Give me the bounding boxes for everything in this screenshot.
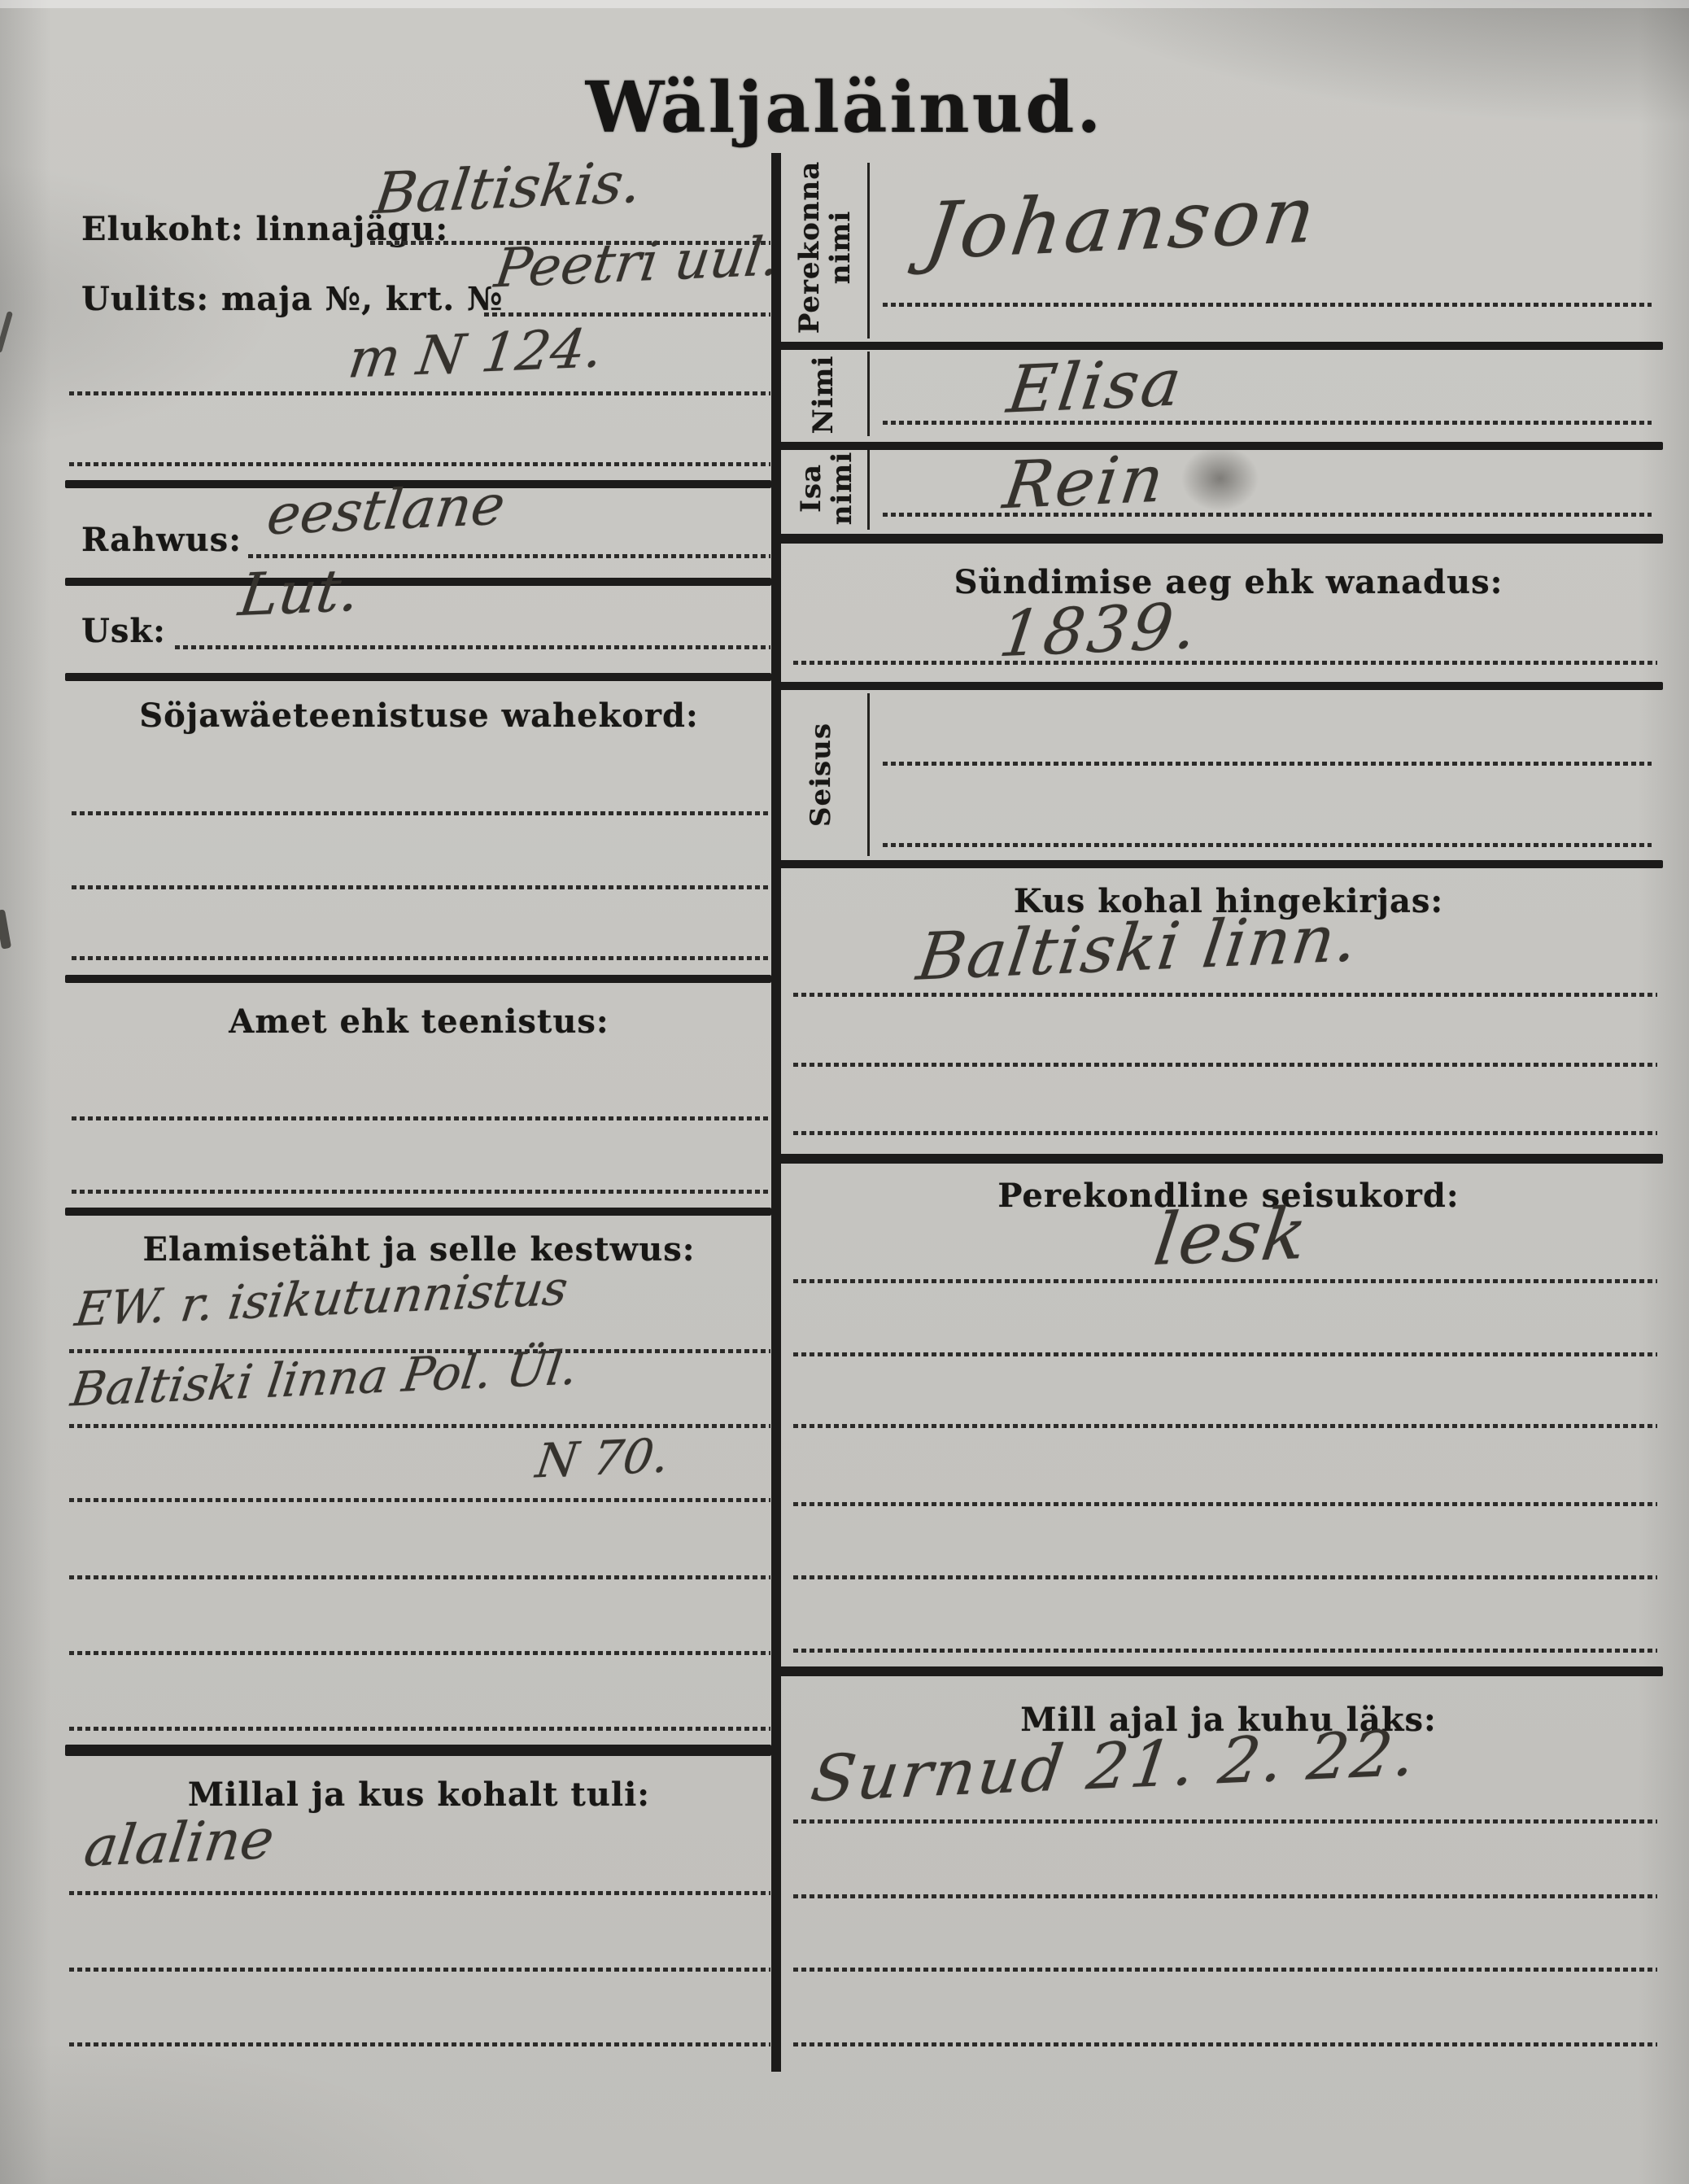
- occupation-label: Amet ehk teenistus:: [69, 1002, 769, 1041]
- residence-permit-line3-handwriting: N 70.: [533, 1428, 673, 1489]
- dotted-rule: [793, 1968, 1657, 1972]
- residence-value-handwriting: Baltiskis.: [370, 149, 645, 227]
- religion-value-handwriting: Lut.: [235, 556, 364, 629]
- rule-line: [779, 442, 1663, 450]
- rule-line: [779, 1666, 1663, 1676]
- street-label: Uulits: maja №, krt. №: [81, 280, 504, 318]
- dotted-rule: [72, 811, 768, 815]
- marital-status-value-handwriting: lesk: [1150, 1191, 1314, 1282]
- arrival-label: Millal ja kus kohalt tuli:: [69, 1776, 769, 1814]
- dotted-rule: [793, 1502, 1657, 1506]
- father-name-label: Isa nimi: [796, 435, 858, 541]
- rule-line: [779, 534, 1663, 544]
- rule-line: [779, 1154, 1663, 1164]
- dotted-rule: [793, 1575, 1657, 1579]
- dotted-rule: [883, 421, 1652, 425]
- page-title: Wäljaläinud.: [0, 67, 1689, 149]
- rule-line: [779, 342, 1663, 350]
- street-value-handwriting: Peetri uul.: [491, 225, 783, 299]
- nationality-label: Rahwus:: [81, 521, 242, 559]
- label-box-line: [867, 163, 870, 339]
- nationality-value-handwriting: eestlane: [264, 474, 508, 548]
- scan-edge: [0, 0, 1689, 8]
- house-number-handwriting: m N 124.: [345, 317, 607, 390]
- label-box-line: [867, 693, 870, 856]
- dotted-rule: [69, 1575, 770, 1579]
- dotted-rule: [883, 303, 1652, 307]
- dotted-rule: [72, 885, 768, 889]
- rule-line: [779, 682, 1663, 690]
- dotted-rule: [69, 2042, 770, 2046]
- rule-line: [65, 1745, 771, 1756]
- dotted-rule: [484, 312, 770, 317]
- dotted-rule: [793, 1279, 1657, 1283]
- dotted-rule: [69, 1651, 770, 1655]
- pen-mark: [0, 311, 13, 353]
- pen-mark: [0, 909, 11, 949]
- dotted-rule: [72, 1116, 768, 1120]
- dotted-rule: [175, 645, 770, 649]
- dotted-rule: [793, 1424, 1657, 1428]
- dotted-rule: [883, 843, 1652, 847]
- family-name-value-handwriting: Johanson: [920, 169, 1324, 277]
- residence-permit-line1-handwriting: EW. r. isikutunnistus: [72, 1260, 570, 1337]
- dotted-rule: [793, 1819, 1657, 1824]
- rule-line: [65, 673, 771, 681]
- dotted-rule: [883, 513, 1652, 517]
- residence-permit-label: Elamisetäht ja selle kestwus:: [69, 1230, 769, 1269]
- ink-stain: [1181, 446, 1259, 511]
- dotted-rule: [793, 1131, 1657, 1135]
- birth-date-value-handwriting: 1839.: [995, 590, 1204, 672]
- dotted-rule: [69, 1498, 770, 1502]
- religion-label: Usk:: [81, 612, 166, 650]
- family-name-label: Perekonna nimi: [794, 150, 859, 345]
- first-name-value-handwriting: Elisa: [1003, 344, 1188, 427]
- rule-line: [65, 1208, 771, 1216]
- dotted-rule: [793, 661, 1657, 665]
- dotted-rule: [793, 1894, 1657, 1898]
- estate-label: Seisus: [805, 701, 844, 848]
- label-box-line: [867, 352, 870, 436]
- dotted-rule: [793, 1063, 1657, 1067]
- registration-card: Wäljaläinud. Elukoht: linnajägu: Baltisk…: [0, 0, 1689, 2184]
- label-box-line: [867, 450, 870, 530]
- rule-line: [65, 578, 771, 586]
- dotted-rule: [69, 1968, 770, 1972]
- dotted-rule: [69, 1727, 770, 1731]
- military-service-label: Söjawäeteenistuse wahekord:: [69, 697, 769, 735]
- dotted-rule: [69, 462, 770, 466]
- dotted-rule: [793, 1649, 1657, 1653]
- dotted-rule: [793, 1352, 1657, 1356]
- dotted-rule: [793, 2042, 1657, 2046]
- dotted-rule: [72, 1190, 768, 1194]
- dotted-rule: [69, 391, 770, 395]
- dotted-rule: [72, 956, 768, 960]
- father-name-value-handwriting: Rein: [999, 441, 1170, 523]
- rule-line: [65, 975, 771, 983]
- rule-line: [779, 860, 1663, 868]
- dotted-rule: [69, 1891, 770, 1895]
- first-name-label: Nimi: [808, 354, 845, 435]
- arrival-value-handwriting: alaline: [81, 1807, 277, 1880]
- birth-date-label: Sündimise aeg ehk wanadus:: [801, 563, 1656, 601]
- column-divider: [771, 153, 781, 2072]
- dotted-rule: [883, 762, 1652, 766]
- dotted-rule: [793, 993, 1657, 997]
